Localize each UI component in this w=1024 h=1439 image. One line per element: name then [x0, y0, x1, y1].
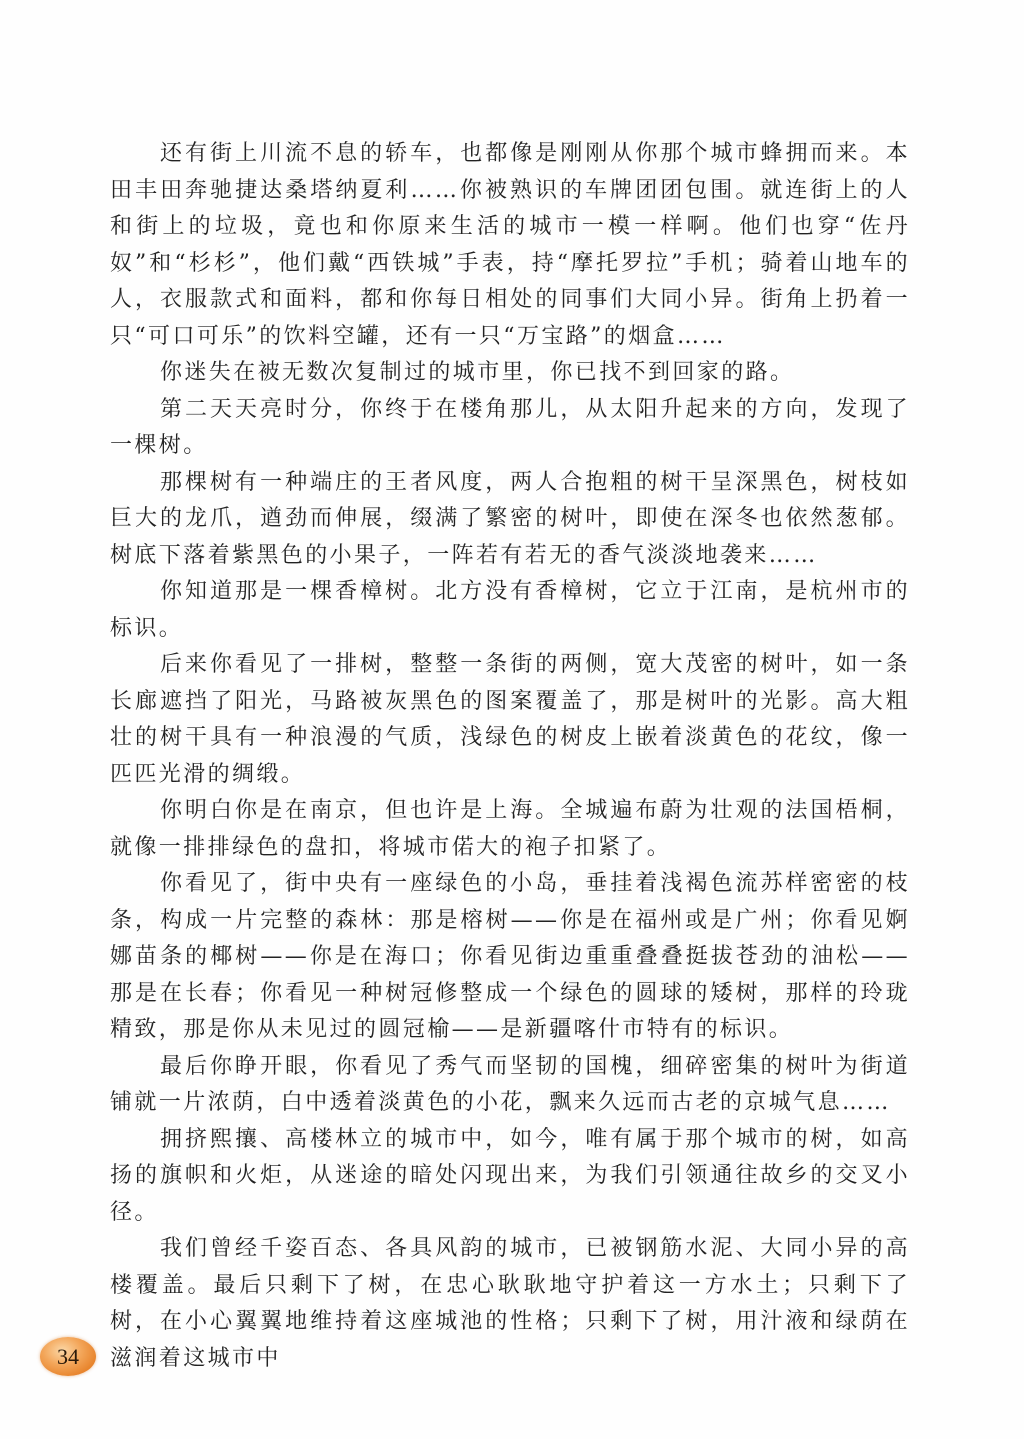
paragraph: 你知道那是一棵香樟树。北方没有香樟树，它立于江南，是杭州市的标识。	[110, 574, 910, 647]
paragraph: 后来你看见了一排树，整整一条街的两侧，宽大茂密的树叶，如一条长廊遮挡了阳光，马路…	[110, 647, 910, 793]
page-number-badge: 34	[40, 1337, 96, 1376]
paragraph: 还有街上川流不息的轿车，也都像是刚刚从你那个城市蜂拥而来。本田丰田奔驰捷达桑塔纳…	[110, 136, 910, 355]
paragraph: 第二天天亮时分，你终于在楼角那儿，从太阳升起来的方向，发现了一棵树。	[110, 392, 910, 465]
body-text: 还有街上川流不息的轿车，也都像是刚刚从你那个城市蜂拥而来。本田丰田奔驰捷达桑塔纳…	[110, 136, 910, 1377]
paragraph: 那棵树有一种端庄的王者风度，两人合抱粗的树干呈深黑色，树枝如巨大的龙爪，遒劲而伸…	[110, 465, 910, 575]
paragraph: 你迷失在被无数次复制过的城市里，你已找不到回家的路。	[110, 355, 910, 392]
page-number: 34	[57, 1344, 79, 1370]
paragraph: 你看见了，街中央有一座绿色的小岛，垂挂着浅褐色流苏样密密的枝条，构成一片完整的森…	[110, 866, 910, 1049]
paragraph: 拥挤熙攘、高楼林立的城市中，如今，唯有属于那个城市的树，如高扬的旗帜和火炬，从迷…	[110, 1122, 910, 1232]
book-page: 还有街上川流不息的轿车，也都像是刚刚从你那个城市蜂拥而来。本田丰田奔驰捷达桑塔纳…	[0, 0, 1024, 1439]
paragraph: 你明白你是在南京，但也许是上海。全城遍布蔚为壮观的法国梧桐，就像一排排绿色的盘扣…	[110, 793, 910, 866]
paragraph: 最后你睁开眼，你看见了秀气而坚韧的国槐，细碎密集的树叶为街道铺就一片浓荫，白中透…	[110, 1049, 910, 1122]
paragraph: 我们曾经千姿百态、各具风韵的城市，已被钢筋水泥、大同小异的高楼覆盖。最后只剩下了…	[110, 1231, 910, 1377]
